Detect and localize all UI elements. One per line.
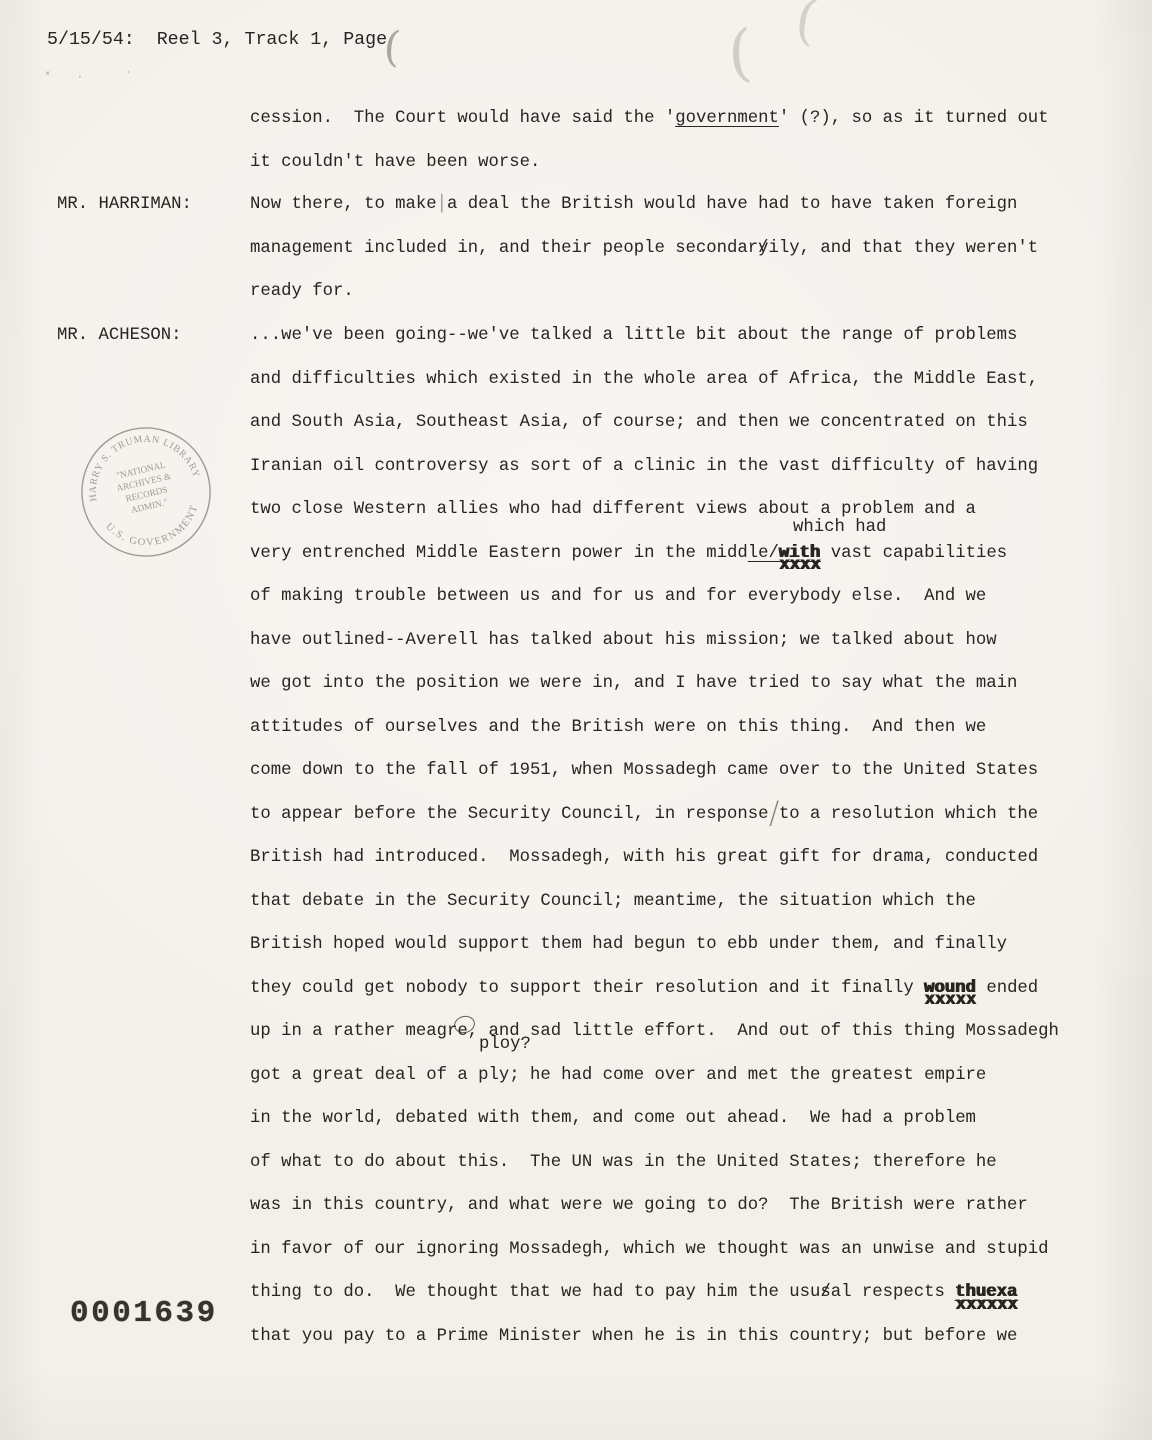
transcript-line: was in this country, and what were we go… [250, 1184, 1059, 1228]
transcript-line: to appear before the Security Council, i… [250, 793, 1059, 837]
transcript-line: cession. The Court would have said the '… [250, 97, 1049, 141]
transcript-line: ...we've been going--we've talked a litt… [250, 314, 1059, 358]
transcript-line: ready for. [250, 270, 1038, 314]
page-header: 5/15/54: Reel 3, Track 1, Page [47, 30, 387, 50]
line-text: cession. The Court would have said the ' [250, 109, 675, 128]
transcript-line: Iranian oil controversy as sort of a cli… [250, 445, 1059, 489]
line-text: thing to do. We thought that we had to p… [250, 1283, 820, 1302]
transcript-line: we got into the position we were in, and… [250, 662, 1059, 706]
line-text: ' (?), so as it turned out [779, 109, 1049, 128]
transcript-line: that you pay to a Prime Minister when he… [250, 1315, 1059, 1359]
paragraph-acheson: ...we've been going--we've talked a litt… [250, 314, 1059, 1358]
transcript-line: and difficulties which existed in the wh… [250, 358, 1059, 402]
transcript-line: come down to the fall of 1951, when Moss… [250, 749, 1059, 793]
transcript-line: of what to do about this. The UN was in … [250, 1141, 1059, 1185]
line-text: vast capabilities [820, 544, 1007, 563]
line-text: management included in, and their people… [250, 239, 758, 258]
pencil-tick-mark: | [437, 180, 447, 230]
transcript-line: and South Asia, Southeast Asia, of cours… [250, 401, 1059, 445]
line-text: le/ [748, 544, 779, 563]
transcript-line: have outlined--Averell has talked about … [250, 619, 1059, 663]
line-text: ended [976, 979, 1038, 998]
line-text: to appear before the Security Council, i… [250, 805, 769, 824]
transcript-line: got a great deal of a ply; he had come o… [250, 1054, 1059, 1098]
transcript-line: that debate in the Security Council; mea… [250, 880, 1059, 924]
overtyped-strikeout: with [779, 544, 820, 563]
line-text: very entrenched Middle Eastern power in … [250, 544, 748, 563]
underlined-word: government [675, 109, 779, 128]
slash-corrected-char: s [820, 1271, 830, 1315]
transcript-line: of making trouble between us and for us … [250, 575, 1059, 619]
overtyped-strikeout: thuexa [955, 1283, 1017, 1302]
line-text: al respects [831, 1283, 955, 1302]
transcript-line: Now there, to make|a deal the British wo… [250, 183, 1038, 227]
transcript-line: British had introduced. Mossadegh, with … [250, 836, 1059, 880]
slash-corrected-char: y [758, 227, 768, 271]
line-text: ily, and that they weren't [769, 239, 1039, 258]
line-text: they could get nobody to support their r… [250, 979, 924, 998]
line-text: to a resolution which the [779, 805, 1038, 824]
archive-stamp: HARRY S. TRUMAN LIBRARY U.S. GOVERNMENT … [48, 394, 245, 591]
serial-number-stamp: 0001639 [70, 1296, 218, 1331]
transcript-line: two close Western allies who had differe… [250, 488, 1059, 532]
pencil-arc-mark: ( [726, 15, 754, 89]
transcript-line: it couldn't have been worse. [250, 141, 1049, 185]
speaker-label-acheson: MR. ACHESON: [57, 314, 181, 358]
speaker-label-harriman: MR. HARRIMAN: [57, 183, 192, 227]
interline-insertion-ploy: ploy? [479, 1036, 531, 1053]
transcript-line: thing to do. We thought that we had to p… [250, 1271, 1059, 1315]
line-text: a deal the British would have had to hav… [447, 195, 1017, 214]
transcript-line: they could get nobody to support their r… [250, 967, 1059, 1011]
transcript-line: management included in, and their people… [250, 227, 1038, 271]
transcript-line: very entrenched Middle Eastern power in … [250, 532, 1059, 576]
transcript-line: in the world, debated with them, and com… [250, 1097, 1059, 1141]
underlined-correction: le/with [748, 544, 821, 563]
paragraph-intro: cession. The Court would have said the '… [250, 97, 1049, 184]
pencil-arc-mark: ( [791, 0, 823, 52]
transcript-line: British hoped would support them had beg… [250, 923, 1059, 967]
transcript-line: in favor of our ignoring Mossadegh, whic… [250, 1228, 1059, 1272]
pencil-scribble: ˟ · ˈ [44, 70, 141, 84]
transcript-line: attitudes of ourselves and the British w… [250, 706, 1059, 750]
paragraph-harriman: Now there, to make|a deal the British wo… [250, 183, 1038, 314]
document-page: ( ( ( ˟ · ˈ 5/15/54: Reel 3, Track 1, Pa… [0, 0, 1152, 1440]
line-text: Now there, to make [250, 195, 437, 214]
interline-insertion-which-had: which had [793, 519, 886, 536]
overtyped-strikeout: wound [924, 979, 976, 998]
